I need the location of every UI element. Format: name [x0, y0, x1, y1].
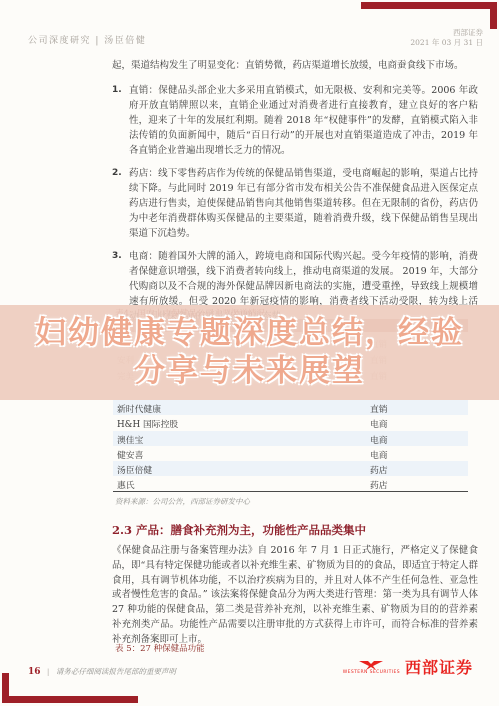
- top-right-corner-bar-horizontal: [361, 2, 497, 9]
- report-page: 公司深度研究 | 汤臣倍健 西部证券 2021 年 03 月 31 日 起，渠道…: [0, 0, 499, 706]
- table-row: 惠氏 药店: [113, 476, 468, 491]
- brand-name: 西部证券: [405, 655, 473, 678]
- report-date-block: 西部证券 2021 年 03 月 31 日: [410, 28, 483, 48]
- company-cell: H&H 国际控股: [117, 417, 178, 430]
- table-row: 澳佳宝 电商: [113, 431, 468, 446]
- company-cell: 健安喜: [117, 448, 143, 461]
- intro-continuation-line: 起，渠道结构发生了明显变化：直销势微，药店渠道增长放缓，电商蚕食线下市场。: [112, 58, 478, 73]
- brand-logo: WESTERN SECURITIES 西部证券: [343, 655, 473, 678]
- channel-cell: 直销: [370, 402, 388, 415]
- report-category-header: 公司深度研究 | 汤臣倍健: [28, 33, 146, 46]
- channel-cell: 电商: [370, 448, 388, 461]
- table5-caption: 表 5：27 种保健品功能: [115, 642, 205, 654]
- page-number: 16: [28, 667, 41, 677]
- bottom-left-corner-bar-horizontal: [2, 696, 138, 703]
- list-item: 2. 药店：线下零售药店作为传统的保健品销售渠道，受电商崛起的影响，渠道占比持续…: [112, 166, 478, 241]
- table-row: 健安喜 电商: [113, 446, 468, 461]
- footer-left: 16 | 请务必仔细阅读报告尾部的重要声明: [28, 666, 176, 677]
- list-item-number: 2.: [112, 166, 129, 241]
- footer-divider: |: [47, 667, 50, 676]
- top-right-corner-bar-vertical: [490, 2, 497, 29]
- body-column: 起，渠道结构发生了明显变化：直销势微，药店渠道增长放缓，电商蚕食线下市场。 1.…: [112, 58, 478, 332]
- table-row: H&H 国际控股 电商: [113, 415, 468, 430]
- table4: 新时代健康 直销 H&H 国际控股 电商 澳佳宝 电商 健安喜 电商 汤臣倍健 …: [113, 400, 468, 492]
- watermark-title-banner: 妇幼健康专题深度总结，经验 分享与未来展望: [0, 305, 499, 400]
- list-item-number: 1.: [112, 83, 129, 158]
- company-cell: 澳佳宝: [117, 433, 143, 446]
- company-cell: 新时代健康: [117, 402, 161, 415]
- channel-cell: 药店: [370, 478, 388, 491]
- channel-cell: 药店: [370, 463, 388, 476]
- section-2-3-paragraph: 《保健食品注册与备案管理办法》自 2016 年 7 月 1 日正式施行，严格定义…: [112, 544, 478, 648]
- company-cell: 惠氏: [117, 478, 135, 491]
- list-item-text: 药店：线下零售药店作为传统的保健品销售渠道，受电商崛起的影响，渠道占比持续下降。…: [129, 166, 478, 241]
- table-row: 新时代健康 直销: [113, 400, 468, 415]
- list-item-text: 直销：保健品头部企业大多采用直销模式，如无限极、安利和完美等。2006 年政府开…: [129, 83, 478, 158]
- logo-subtext: WESTERN SECURITIES: [343, 670, 400, 675]
- report-date: 2021 年 03 月 31 日: [410, 38, 483, 48]
- banner-title-line1: 妇幼健康专题深度总结，经验: [0, 314, 499, 352]
- company-cell: 汤臣倍健: [117, 463, 152, 476]
- channel-cell: 电商: [370, 417, 388, 430]
- logo-glyph: [359, 659, 383, 670]
- footer-disclaimer: 请务必仔细阅读报告尾部的重要声明: [56, 667, 176, 676]
- report-brand-small: 西部证券: [410, 28, 483, 38]
- list-item: 1. 直销：保健品头部企业大多采用直销模式，如无限极、安利和完美等。2006 年…: [112, 83, 478, 158]
- channel-cell: 电商: [370, 433, 388, 446]
- table-row: 汤臣倍健 药店: [113, 461, 468, 476]
- western-securities-logo-icon: WESTERN SECURITIES: [343, 659, 400, 675]
- banner-title-line2: 分享与未来展望: [0, 352, 499, 390]
- section-2-3-heading: 2.3 产品：膳食补充剂为主，功能性产品品类集中: [112, 522, 478, 538]
- table4-source-note: 资料来源：公司公告，西部证券研发中心: [115, 496, 250, 507]
